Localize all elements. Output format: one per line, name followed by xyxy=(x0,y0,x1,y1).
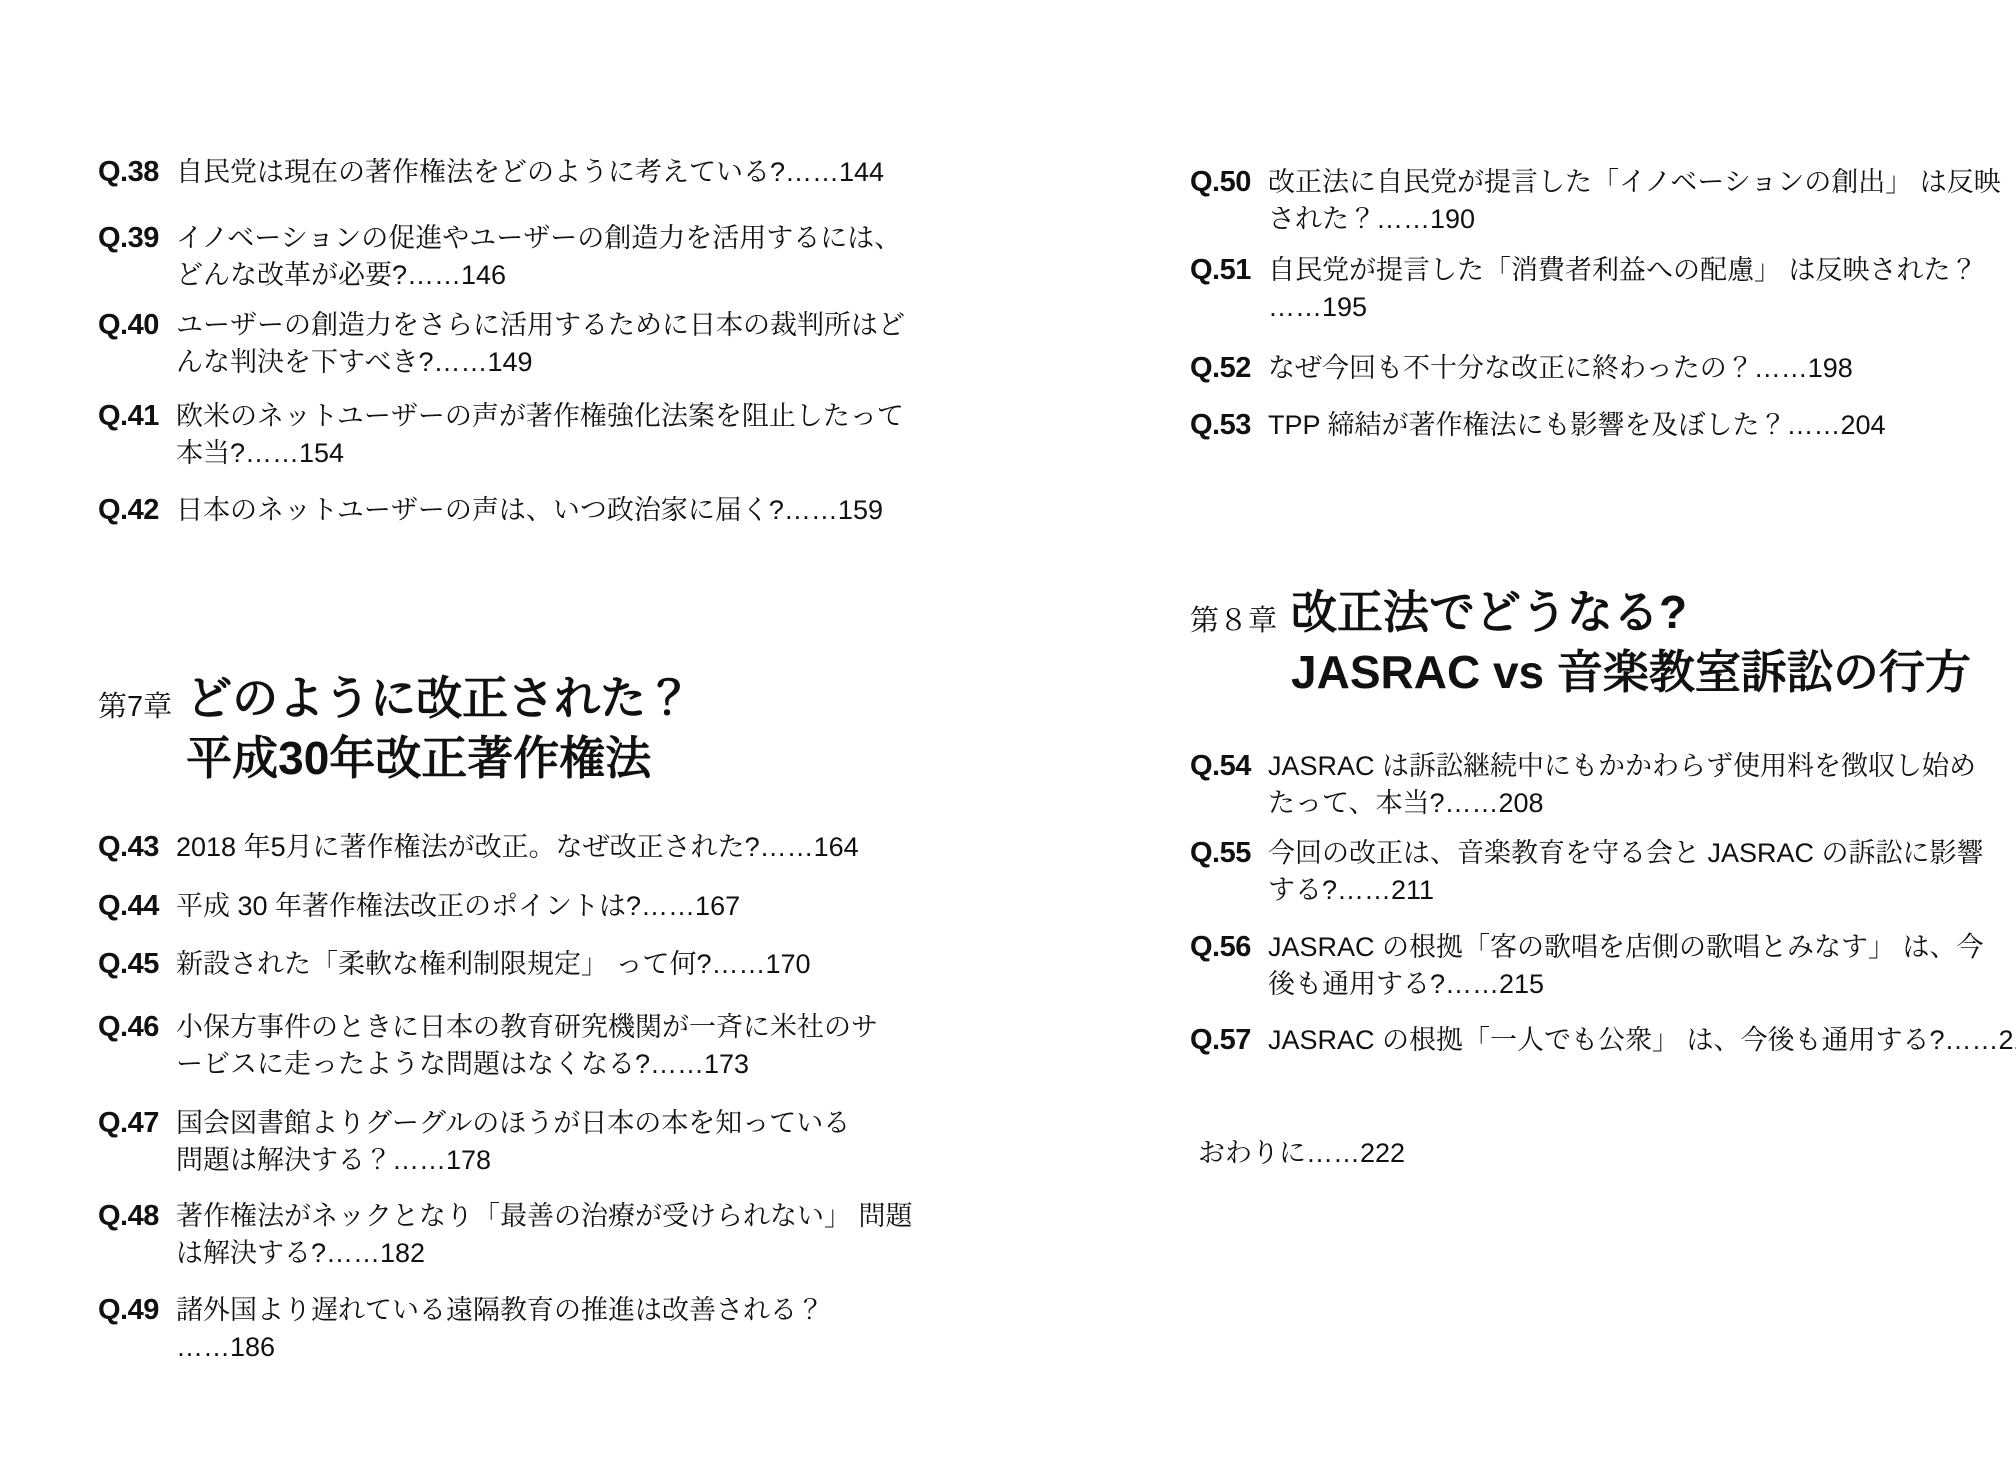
toc-entry-line: ユーザーの創造力をさらに活用するために日本の裁判所はど xyxy=(176,307,905,344)
toc-entry-q40: Q.40 ユーザーの創造力をさらに活用するために日本の裁判所はど んな判決を下す… xyxy=(98,307,905,381)
toc-entry-text: なぜ今回も不十分な改正に終わったの？……198 xyxy=(1268,350,1853,387)
toc-entry-q55: Q.55 今回の改正は、音楽教育を守る会と JASRAC の訴訟に影響 する?…… xyxy=(1190,835,1984,909)
toc-entry-text: 日本のネットユーザーの声は、いつ政治家に届く?……159 xyxy=(176,492,883,529)
toc-entry-line: たって、本当?……208 xyxy=(1268,785,1976,822)
toc-entry-line: イノベーションの促進やユーザーの創造力を活用するには、 xyxy=(176,220,901,257)
toc-entry-label: Q.43 xyxy=(98,829,176,866)
toc-entry-text: イノベーションの促進やユーザーの創造力を活用するには、 どんな改革が必要?……1… xyxy=(176,220,901,294)
chapter-title-line: 改正法でどうなる? xyxy=(1291,582,1971,642)
chapter-number: 第８章 xyxy=(1190,598,1277,639)
toc-entry-text: 改正法に自民党が提言した「イノベーションの創出」 は反映 された？……190 xyxy=(1268,164,2001,238)
chapter-title: どのように改正された？ 平成30年改正著作権法 xyxy=(186,668,692,788)
toc-entry-line: どんな改革が必要?……146 xyxy=(176,257,901,294)
toc-entry-text: JASRAC は訴訟継続中にもかかわらず使用料を徴収し始め たって、本当?……2… xyxy=(1268,748,1976,822)
toc-entry-text: 自民党は現在の著作権法をどのように考えている?……144 xyxy=(176,154,884,191)
toc-entry-label: Q.51 xyxy=(1190,252,1268,289)
toc-entry-q54: Q.54 JASRAC は訴訟継続中にもかかわらず使用料を徴収し始め たって、本… xyxy=(1190,748,1976,822)
toc-entry-text: JASRAC の根拠「一人でも公衆」 は、今後も通用する?……219 xyxy=(1268,1022,2016,1059)
toc-entry-label: Q.49 xyxy=(98,1292,176,1329)
toc-spread: Q.38 自民党は現在の著作権法をどのように考えている?……144 Q.39 イ… xyxy=(0,0,2016,1480)
toc-entry-label: Q.42 xyxy=(98,492,176,529)
toc-entry-line: なぜ今回も不十分な改正に終わったの？……198 xyxy=(1268,350,1853,387)
toc-entry-label: Q.46 xyxy=(98,1009,176,1046)
toc-entry-text: 新設された「柔軟な権利制限規定」 って何?……170 xyxy=(176,946,811,983)
toc-entry-line: ……186 xyxy=(176,1329,824,1366)
toc-entry-q44: Q.44 平成 30 年著作権法改正のポイントは?……167 xyxy=(98,888,740,925)
toc-entry-text: JASRAC の根拠「客の歌唱を店側の歌唱とみなす」 は、今 後も通用する?……… xyxy=(1268,929,1984,1003)
toc-entry-text: 2018 年5月に著作権法が改正。なぜ改正された?……164 xyxy=(176,829,859,866)
toc-entry-line: 自民党が提言した「消費者利益への配慮」 は反映された？ xyxy=(1268,252,1978,289)
toc-entry-text: ユーザーの創造力をさらに活用するために日本の裁判所はど んな判決を下すべき?……… xyxy=(176,307,905,381)
toc-entry-q45: Q.45 新設された「柔軟な権利制限規定」 って何?……170 xyxy=(98,946,811,983)
toc-entry-line: 後も通用する?……215 xyxy=(1268,966,1984,1003)
toc-entry-line: TPP 締結が著作権法にも影響を及ぼした？……204 xyxy=(1268,407,1886,444)
toc-entry-q41: Q.41 欧米のネットユーザーの声が著作権強化法案を阻止したって 本当?……15… xyxy=(98,398,904,472)
toc-entry-label: Q.50 xyxy=(1190,164,1268,201)
toc-entry-text: TPP 締結が著作権法にも影響を及ぼした？……204 xyxy=(1268,407,1886,444)
toc-entry-q52: Q.52 なぜ今回も不十分な改正に終わったの？……198 xyxy=(1190,350,1853,387)
toc-entry-line: する?……211 xyxy=(1268,872,1984,909)
toc-entry-q49: Q.49 諸外国より遅れている遠隔教育の推進は改善される？ ……186 xyxy=(98,1292,824,1366)
toc-entry-q56: Q.56 JASRAC の根拠「客の歌唱を店側の歌唱とみなす」 は、今 後も通用… xyxy=(1190,929,1984,1003)
toc-entry-line: んな判決を下すべき?……149 xyxy=(176,344,905,381)
toc-entry-line: 諸外国より遅れている遠隔教育の推進は改善される？ xyxy=(176,1292,824,1329)
toc-entry-label: Q.40 xyxy=(98,307,176,344)
chapter-8-heading: 第８章 改正法でどうなる? JASRAC vs 音楽教室訴訟の行方 xyxy=(1190,582,1971,702)
toc-entry-line: 平成 30 年著作権法改正のポイントは?……167 xyxy=(176,888,740,925)
toc-entry-q42: Q.42 日本のネットユーザーの声は、いつ政治家に届く?……159 xyxy=(98,492,883,529)
chapter-title-line: どのように改正された？ xyxy=(186,668,692,728)
toc-entry-label: Q.48 xyxy=(98,1198,176,1235)
toc-entry-line: 本当?……154 xyxy=(176,435,904,472)
toc-entry-line: JASRAC の根拠「一人でも公衆」 は、今後も通用する?……219 xyxy=(1268,1022,2016,1059)
chapter-title-line: JASRAC vs 音楽教室訴訟の行方 xyxy=(1291,642,1971,702)
toc-entry-q39: Q.39 イノベーションの促進やユーザーの創造力を活用するには、 どんな改革が必… xyxy=(98,220,901,294)
ending-note: おわりに……222 xyxy=(1198,1135,1405,1172)
toc-entry-line: された？……190 xyxy=(1268,201,2001,238)
toc-entry-line: 問題は解決する？……178 xyxy=(176,1142,850,1179)
toc-entry-line: 国会図書館よりグーグルのほうが日本の本を知っている xyxy=(176,1105,850,1142)
toc-entry-label: Q.55 xyxy=(1190,835,1268,872)
toc-entry-label: Q.45 xyxy=(98,946,176,983)
toc-entry-line: 改正法に自民党が提言した「イノベーションの創出」 は反映 xyxy=(1268,164,2001,201)
toc-entry-label: Q.57 xyxy=(1190,1022,1268,1059)
toc-entry-line: ……195 xyxy=(1268,289,1978,326)
chapter-title: 改正法でどうなる? JASRAC vs 音楽教室訴訟の行方 xyxy=(1291,582,1971,702)
toc-entry-q46: Q.46 小保方事件のときに日本の教育研究機関が一斉に米社のサ ービスに走ったよ… xyxy=(98,1009,878,1083)
toc-entry-line: 自民党は現在の著作権法をどのように考えている?……144 xyxy=(176,154,884,191)
toc-entry-q51: Q.51 自民党が提言した「消費者利益への配慮」 は反映された？ ……195 xyxy=(1190,252,1978,326)
toc-entry-q47: Q.47 国会図書館よりグーグルのほうが日本の本を知っている 問題は解決する？…… xyxy=(98,1105,850,1179)
toc-entry-label: Q.56 xyxy=(1190,929,1268,966)
toc-entry-text: 平成 30 年著作権法改正のポイントは?……167 xyxy=(176,888,740,925)
toc-entry-line: ービスに走ったような問題はなくなる?……173 xyxy=(176,1046,878,1083)
toc-entry-label: Q.44 xyxy=(98,888,176,925)
toc-entry-label: Q.54 xyxy=(1190,748,1268,785)
chapter-7-heading: 第7章 どのように改正された？ 平成30年改正著作権法 xyxy=(98,668,692,788)
toc-entry-label: Q.39 xyxy=(98,220,176,257)
right-page: Q.50 改正法に自民党が提言した「イノベーションの創出」 は反映 された？……… xyxy=(1190,0,1990,1480)
toc-entry-line: 欧米のネットユーザーの声が著作権強化法案を阻止したって xyxy=(176,398,904,435)
toc-entry-line: 新設された「柔軟な権利制限規定」 って何?……170 xyxy=(176,946,811,983)
toc-entry-q38: Q.38 自民党は現在の著作権法をどのように考えている?……144 xyxy=(98,154,884,191)
toc-entry-line: JASRAC は訴訟継続中にもかかわらず使用料を徴収し始め xyxy=(1268,748,1976,785)
toc-entry-label: Q.52 xyxy=(1190,350,1268,387)
toc-entry-text: 著作権法がネックとなり「最善の治療が受けられない」 問題 は解決する?……182 xyxy=(176,1198,913,1272)
toc-entry-q57: Q.57 JASRAC の根拠「一人でも公衆」 は、今後も通用する?……219 xyxy=(1190,1022,2016,1059)
toc-entry-line: 著作権法がネックとなり「最善の治療が受けられない」 問題 xyxy=(176,1198,913,1235)
chapter-title-line: 平成30年改正著作権法 xyxy=(186,728,692,788)
toc-entry-label: Q.38 xyxy=(98,154,176,191)
left-page: Q.38 自民党は現在の著作権法をどのように考えている?……144 Q.39 イ… xyxy=(98,0,928,1480)
toc-entry-q48: Q.48 著作権法がネックとなり「最善の治療が受けられない」 問題 は解決する?… xyxy=(98,1198,913,1272)
toc-entry-q50: Q.50 改正法に自民党が提言した「イノベーションの創出」 は反映 された？……… xyxy=(1190,164,2001,238)
toc-entry-q53: Q.53 TPP 締結が著作権法にも影響を及ぼした？……204 xyxy=(1190,407,1886,444)
toc-entry-text: 自民党が提言した「消費者利益への配慮」 は反映された？ ……195 xyxy=(1268,252,1978,326)
toc-entry-line: JASRAC の根拠「客の歌唱を店側の歌唱とみなす」 は、今 xyxy=(1268,929,1984,966)
toc-entry-line: 日本のネットユーザーの声は、いつ政治家に届く?……159 xyxy=(176,492,883,529)
toc-entry-line: 今回の改正は、音楽教育を守る会と JASRAC の訴訟に影響 xyxy=(1268,835,1984,872)
toc-entry-label: Q.53 xyxy=(1190,407,1268,444)
toc-entry-text: 今回の改正は、音楽教育を守る会と JASRAC の訴訟に影響 する?……211 xyxy=(1268,835,1984,909)
toc-entry-text: 欧米のネットユーザーの声が著作権強化法案を阻止したって 本当?……154 xyxy=(176,398,904,472)
toc-entry-q43: Q.43 2018 年5月に著作権法が改正。なぜ改正された?……164 xyxy=(98,829,859,866)
toc-entry-line: は解決する?……182 xyxy=(176,1235,913,1272)
toc-entry-line: 小保方事件のときに日本の教育研究機関が一斉に米社のサ xyxy=(176,1009,878,1046)
toc-entry-text: 国会図書館よりグーグルのほうが日本の本を知っている 問題は解決する？……178 xyxy=(176,1105,850,1179)
toc-entry-text: 諸外国より遅れている遠隔教育の推進は改善される？ ……186 xyxy=(176,1292,824,1366)
chapter-number: 第7章 xyxy=(98,684,172,725)
toc-entry-label: Q.41 xyxy=(98,398,176,435)
toc-entry-label: Q.47 xyxy=(98,1105,176,1142)
toc-entry-text: 小保方事件のときに日本の教育研究機関が一斉に米社のサ ービスに走ったような問題は… xyxy=(176,1009,878,1083)
toc-entry-line: 2018 年5月に著作権法が改正。なぜ改正された?……164 xyxy=(176,829,859,866)
